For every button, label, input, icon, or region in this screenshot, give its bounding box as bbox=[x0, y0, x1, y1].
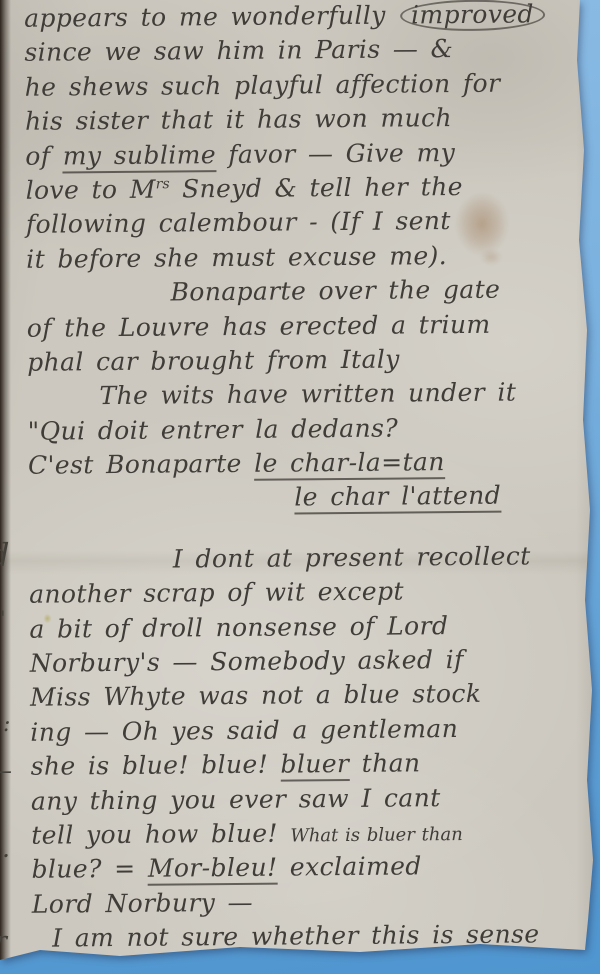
line-text: any thing you ever saw I cant bbox=[31, 783, 441, 816]
line-text: ing — Oh yes said a gentleman bbox=[30, 714, 458, 747]
circled-word: improved bbox=[400, 0, 545, 32]
paper-shadow: appears to me wonderfully improvedsince … bbox=[0, 0, 600, 974]
line-text: a bit of droll nonsense of Lord bbox=[29, 611, 448, 644]
letter-line: she is blue! blue! bluer than bbox=[7, 747, 600, 787]
letter-line: it before she must excuse me). bbox=[2, 239, 600, 279]
edge-fragment: — bbox=[0, 756, 12, 785]
line-text: Norbury's — Somebody asked if bbox=[30, 645, 464, 678]
letter-line: I am not sure whether this is sense bbox=[8, 919, 600, 959]
letter-line: of the Louvre has erected a trium bbox=[3, 308, 600, 348]
line-text: phal car brought from Italy bbox=[27, 344, 400, 376]
line-text: Lord Norbury — bbox=[32, 888, 253, 919]
line-text: she is blue! blue! bbox=[31, 750, 281, 781]
line-text: of the Louvre has erected a trium bbox=[27, 309, 491, 342]
underlined-word: bluer bbox=[280, 749, 349, 782]
letter-line: appears to me wonderfully improved bbox=[0, 0, 600, 38]
letter-line: he shews such playful affection for bbox=[1, 68, 600, 108]
line-text: of bbox=[25, 141, 63, 170]
letter-line: The wits have written under it bbox=[3, 377, 600, 417]
letter-line: tell you how blue! What is bluer than bbox=[7, 816, 600, 856]
letter-line: blue? = Mor-bleu! exclaimed bbox=[7, 850, 600, 890]
letter-line: since we saw him in Paris — & bbox=[0, 33, 600, 73]
letter-line: phal car brought from Italy bbox=[3, 343, 600, 383]
line-text: he shews such playful affection for bbox=[25, 68, 501, 101]
line-text: Sneyd & tell her the bbox=[170, 172, 463, 204]
line-text: exclaimed bbox=[277, 852, 421, 882]
letter-line: "Qui doit entrer la dedans? bbox=[4, 411, 600, 451]
edge-fragment: r bbox=[0, 926, 7, 955]
line-text: favor — Give my bbox=[216, 138, 455, 169]
letter-line: love to Mrs Sneyd & tell her the bbox=[2, 171, 600, 211]
underlined-word: my sublime bbox=[63, 140, 216, 173]
letter-line: any thing you ever saw I cant bbox=[7, 781, 600, 821]
letter-line: of my sublime favor — Give my bbox=[1, 136, 600, 176]
line-text: following calembour - (If I sent bbox=[26, 206, 451, 239]
line-text: appears to me wonderfully bbox=[24, 1, 398, 33]
line-text: tell you how blue! bbox=[31, 818, 290, 849]
letter-line: C'est Bonaparte le char-la=tan bbox=[4, 446, 600, 486]
letter-line: following calembour - (If I sent bbox=[2, 205, 600, 245]
letter-line: le char l'attend bbox=[4, 480, 600, 520]
underlined-word: le char l'attend bbox=[294, 481, 501, 515]
letter-lines: appears to me wonderfully improvedsince … bbox=[0, 0, 600, 959]
line-text: rs bbox=[156, 176, 170, 192]
letter-line: his sister that it has won much bbox=[1, 102, 600, 142]
letter-line: Lord Norbury — bbox=[8, 884, 600, 924]
line-text: "Qui doit entrer la dedans? bbox=[28, 413, 399, 445]
line-text: C'est Bonaparte bbox=[28, 449, 254, 480]
letter-paper: appears to me wonderfully improvedsince … bbox=[0, 0, 600, 974]
line-text: love to M bbox=[25, 175, 155, 205]
photo-of-letter: { "palette": { "background_blue_top": "#… bbox=[0, 0, 600, 974]
letter-line: Miss Whyte was not a blue stock bbox=[6, 678, 600, 718]
letter-line: I dont at present recollect bbox=[5, 541, 600, 581]
underlined-word: le char-la=tan bbox=[254, 447, 445, 481]
line-text: since we saw him in Paris — & bbox=[24, 34, 453, 67]
edge-fragment: . bbox=[2, 834, 10, 863]
letter-line: ing — Oh yes said a gentleman bbox=[6, 713, 600, 753]
letter-line: Norbury's — Somebody asked if bbox=[6, 644, 600, 684]
line-text: another scrap of wit except bbox=[29, 577, 404, 609]
line-text: his sister that it has won much bbox=[25, 103, 452, 136]
letter-line: a bit of droll nonsense of Lord bbox=[5, 609, 600, 649]
line-text: The wits have written under it bbox=[99, 378, 516, 411]
letter-line: Bonaparte over the gate bbox=[2, 274, 600, 314]
underlined-word: Mor-bleu! bbox=[148, 853, 278, 886]
letter-line: another scrap of wit except bbox=[5, 575, 600, 615]
line-text: blue? = bbox=[31, 854, 148, 884]
line-text: What is bluer than bbox=[290, 824, 463, 847]
edge-fragment: d bbox=[0, 536, 9, 574]
edge-fragment: : bbox=[3, 712, 10, 737]
edge-fragment: ' bbox=[0, 606, 6, 630]
line-text: than bbox=[349, 749, 420, 779]
line-text: Miss Whyte was not a blue stock bbox=[30, 679, 482, 712]
line-text: I dont at present recollect bbox=[173, 541, 531, 573]
line-text: Bonaparte over the gate bbox=[170, 275, 500, 307]
line-text: I am not sure whether this is sense bbox=[52, 919, 540, 952]
line-text: it before she must excuse me). bbox=[26, 241, 447, 274]
